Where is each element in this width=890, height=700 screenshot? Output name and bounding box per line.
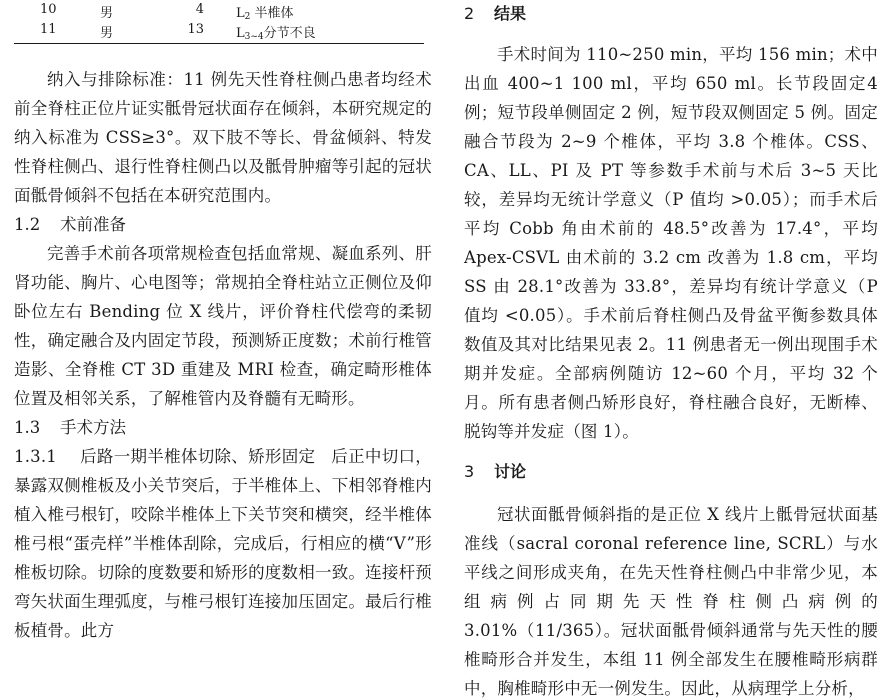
case-sex: 男 [100,2,113,21]
case-age: 4 [174,2,204,17]
section-heading-1-3-1: 后路一期半椎体切除、矫形固定 [80,447,315,466]
table-row: 10 男 4 L2 半椎体 [14,2,432,22]
section-heading-3-discussion: 3讨论 [464,458,878,486]
section-heading-1-2: 1.2术前准备 [14,210,432,239]
case-age: 13 [174,22,204,37]
table-row: 11 男 13 L3~4分节不良 [14,22,432,42]
case-id: 10 [40,2,57,17]
case-sex: 男 [100,22,113,41]
section-heading-1-3: 1.3手术方法 [14,413,432,442]
surgical-method-paragraph: 1.3.1后路一期半椎体切除、矫形固定后正中切口，暴露双侧椎板及小关节突后，于半… [14,442,432,645]
case-deformity: L3~4分节不良 [236,22,316,42]
discussion-paragraph: 冠状面骶骨倾斜指的是正位 X 线片上骶骨冠状面基准线（sacral corona… [464,500,878,700]
case-deformity: L2 半椎体 [236,2,294,22]
table-bottom-rule [14,43,424,44]
section-heading-2-results: 2结果 [464,0,878,28]
preoperative-preparation-paragraph: 完善手术前各项常规检查包括血常规、凝血系列、肝肾功能、胸片、心电图等；常规拍全脊… [14,239,432,413]
inclusion-criteria-paragraph: 纳入与排除标准：11 例先天性脊柱侧凸患者均经术前全脊柱正位片证实骶骨冠状面存在… [14,65,432,210]
left-column: 10 男 4 L2 半椎体 11 男 13 L3~4分节不良 纳入与排除标准：1… [14,0,432,645]
table-fragment: 10 男 4 L2 半椎体 11 男 13 L3~4分节不良 [14,0,432,44]
results-paragraph: 手术时间为 110~250 min，平均 156 min；术中出血 400~1 … [464,40,878,446]
right-column: 2结果 手术时间为 110~250 min，平均 156 min；术中出血 40… [464,0,878,700]
case-id: 11 [40,22,57,37]
